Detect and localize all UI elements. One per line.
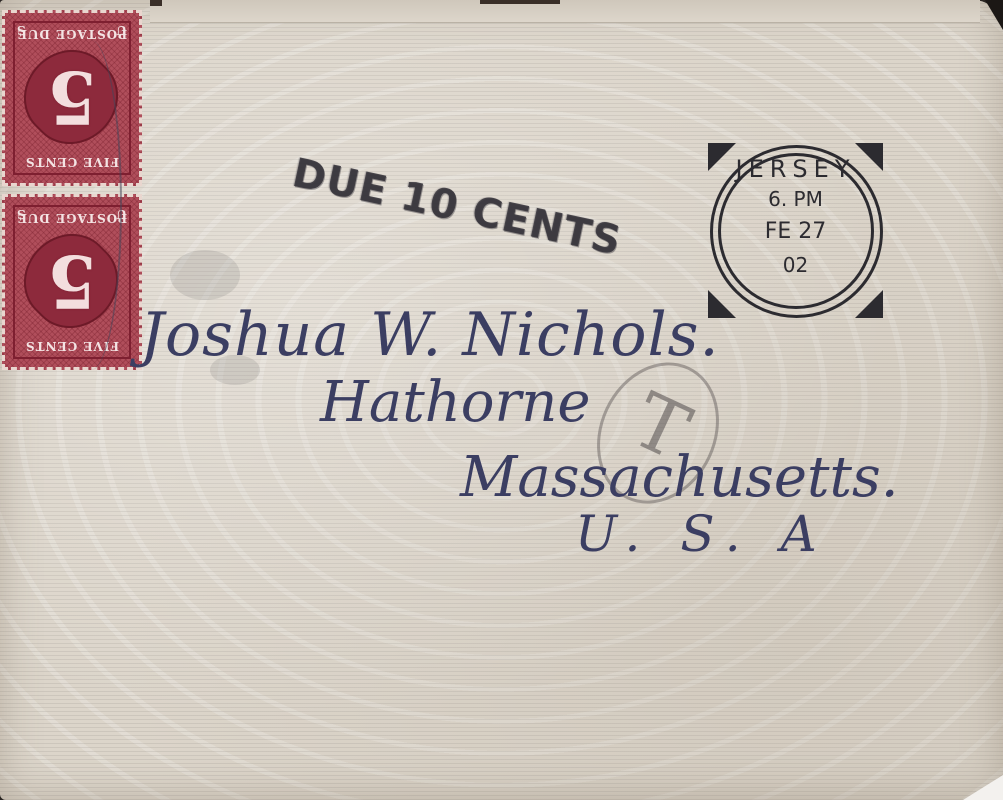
envelope-top-flap bbox=[150, 0, 980, 23]
envelope: FIVE CENTS 5 POSTAGE DUE U S FIVE CENTS … bbox=[0, 0, 1003, 800]
background-corner bbox=[963, 775, 1003, 800]
stamp-corner-letter: S bbox=[17, 207, 26, 221]
postmark-corner bbox=[855, 290, 883, 318]
address-town: Hathorne bbox=[320, 370, 590, 435]
torn-edge bbox=[480, 0, 560, 4]
address-country: U. S. A bbox=[575, 505, 829, 563]
postage-due-handstamp: DUE 10 CENTS bbox=[288, 150, 625, 265]
postmark-date: FE 27 bbox=[708, 219, 883, 244]
postmark-town: JERSEY bbox=[708, 155, 883, 183]
address-state: Massachusetts. bbox=[460, 445, 899, 510]
addressee-name: Joshua W. Nichols. bbox=[140, 300, 720, 370]
postmark-time: 6. PM bbox=[708, 187, 883, 211]
stamp-corner-letter: S bbox=[17, 23, 26, 37]
pen-cancellation-mark bbox=[60, 40, 122, 370]
postmark-year: 02 bbox=[708, 253, 883, 277]
jersey-postmark: JERSEY 6. PM FE 27 02 bbox=[708, 143, 883, 318]
torn-edge bbox=[150, 0, 162, 6]
stamp-corner-letter: U bbox=[117, 23, 127, 37]
ink-smudge bbox=[170, 250, 240, 300]
